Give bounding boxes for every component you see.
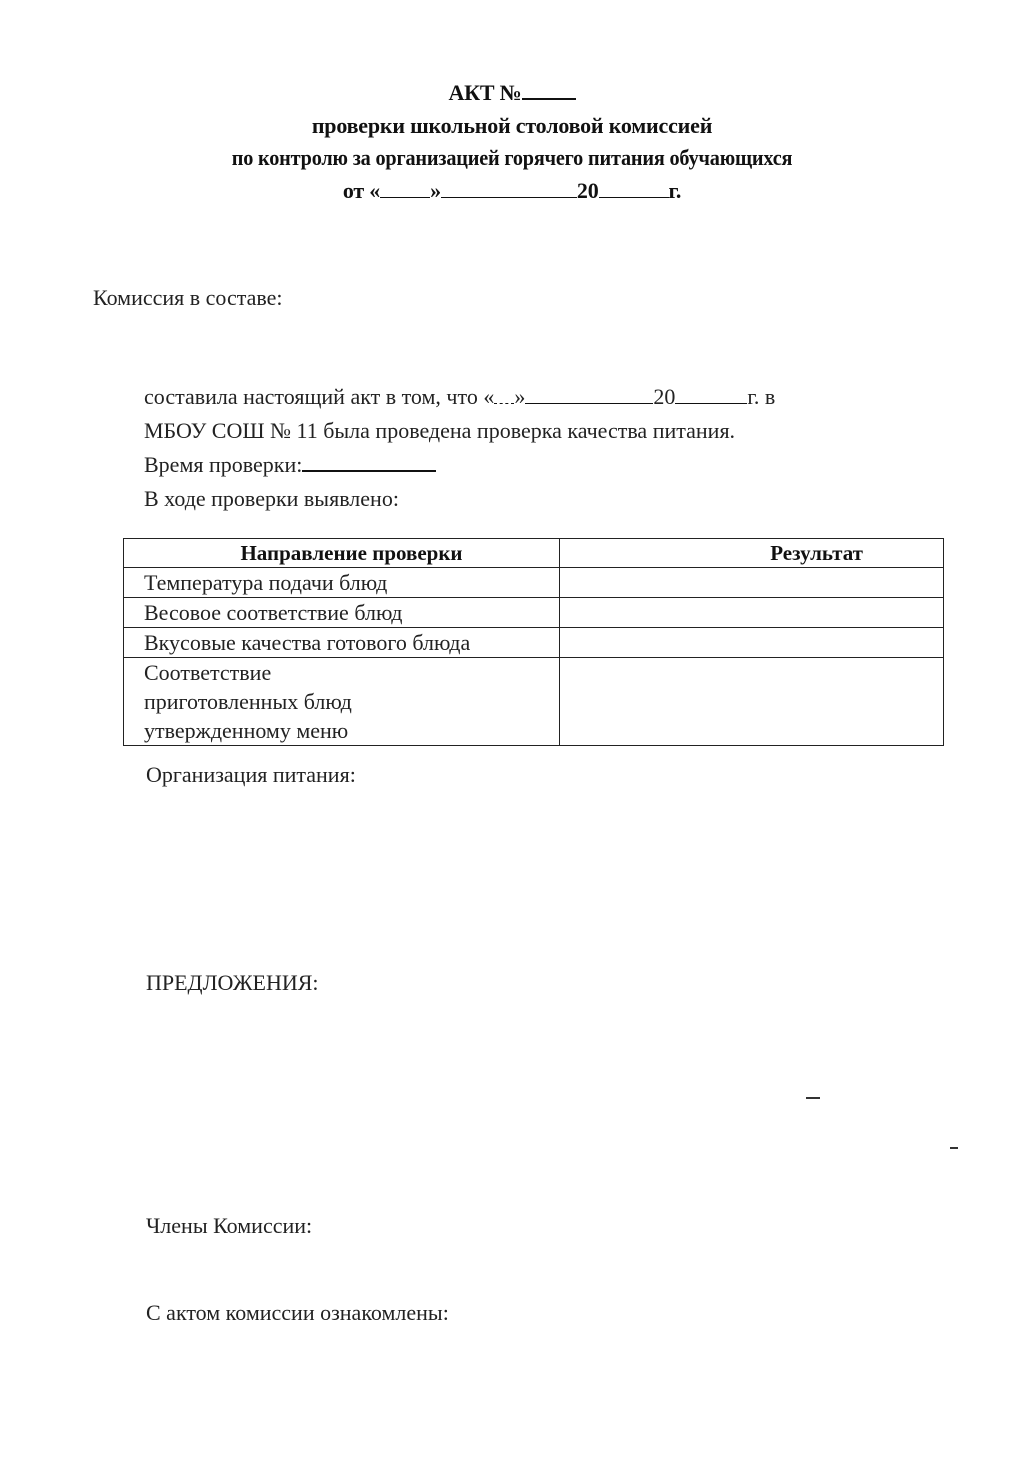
row-direction: Температура подачи блюд (124, 568, 560, 598)
row-result-field[interactable] (560, 658, 944, 746)
row-direction-line: Соответствие (144, 658, 559, 687)
act-title-text: АКТ № (448, 80, 521, 105)
statement-year-prefix: 20 (653, 384, 675, 409)
statement-month-field[interactable] (525, 385, 653, 404)
date-prefix: от « (343, 178, 380, 203)
date-day-field[interactable] (380, 179, 430, 198)
table-row: Соответствие приготовленных блюд утвержд… (124, 658, 944, 746)
date-quote-close: » (430, 178, 441, 203)
commission-label: Комиссия в составе: (93, 285, 283, 311)
table-row: Вкусовые качества готового блюда (124, 628, 944, 658)
statement-quote-close: » (514, 384, 525, 409)
inspection-time-label: Время проверки: (144, 452, 302, 477)
row-direction: Весовое соответствие блюд (124, 598, 560, 628)
date-year-field[interactable] (599, 179, 669, 198)
act-number-field[interactable] (522, 80, 576, 100)
findings-label: В ходе проверки выявлено: (144, 486, 399, 512)
proposals-label: ПРЕДЛОЖЕНИЯ: (146, 970, 319, 996)
row-result-field[interactable] (560, 568, 944, 598)
date-suffix: г. (669, 178, 682, 203)
statement-prefix: составила настоящий акт в том, что « (144, 384, 494, 409)
row-direction-line: приготовленных блюд (144, 687, 559, 716)
organization-label: Организация питания: (146, 762, 356, 788)
table-row: Весовое соответствие блюд (124, 598, 944, 628)
statement-day-field[interactable] (494, 385, 514, 404)
row-result-field[interactable] (560, 628, 944, 658)
members-label: Члены Комиссии: (146, 1213, 312, 1239)
header-result: Результат (560, 539, 944, 568)
row-direction: Соответствие приготовленных блюд утвержд… (124, 658, 560, 746)
inspection-time: Время проверки: (144, 452, 436, 478)
table-row: Температура подачи блюд (124, 568, 944, 598)
date-year-prefix: 20 (577, 178, 599, 203)
table-header-row: Направление проверки Результат (124, 539, 944, 568)
act-date-line: от «»20г. (0, 178, 1024, 204)
act-subtitle: проверки школьной столовой комиссией (0, 113, 1024, 139)
statement-line2: МБОУ СОШ № 11 была проведена проверка ка… (144, 418, 735, 444)
inspection-time-field[interactable] (302, 452, 436, 472)
row-result-field[interactable] (560, 598, 944, 628)
act-title: АКТ № (0, 80, 1024, 106)
header-direction: Направление проверки (124, 539, 560, 568)
date-month-field[interactable] (441, 179, 577, 198)
statement-year-field[interactable] (675, 385, 747, 404)
row-direction: Вкусовые качества готового блюда (124, 628, 560, 658)
inspection-table: Направление проверки Результат Температу… (123, 538, 944, 746)
statement-suffix: г. в (747, 384, 775, 409)
act-purpose: по контролю за организацией горячего пит… (41, 145, 983, 171)
scan-mark (950, 1147, 958, 1149)
statement-line1: составила настоящий акт в том, что «»20г… (144, 384, 775, 410)
row-direction-line: утвержденному меню (144, 716, 559, 745)
scan-mark (806, 1097, 820, 1099)
acknowledged-label: С актом комиссии ознакомлены: (146, 1300, 449, 1326)
